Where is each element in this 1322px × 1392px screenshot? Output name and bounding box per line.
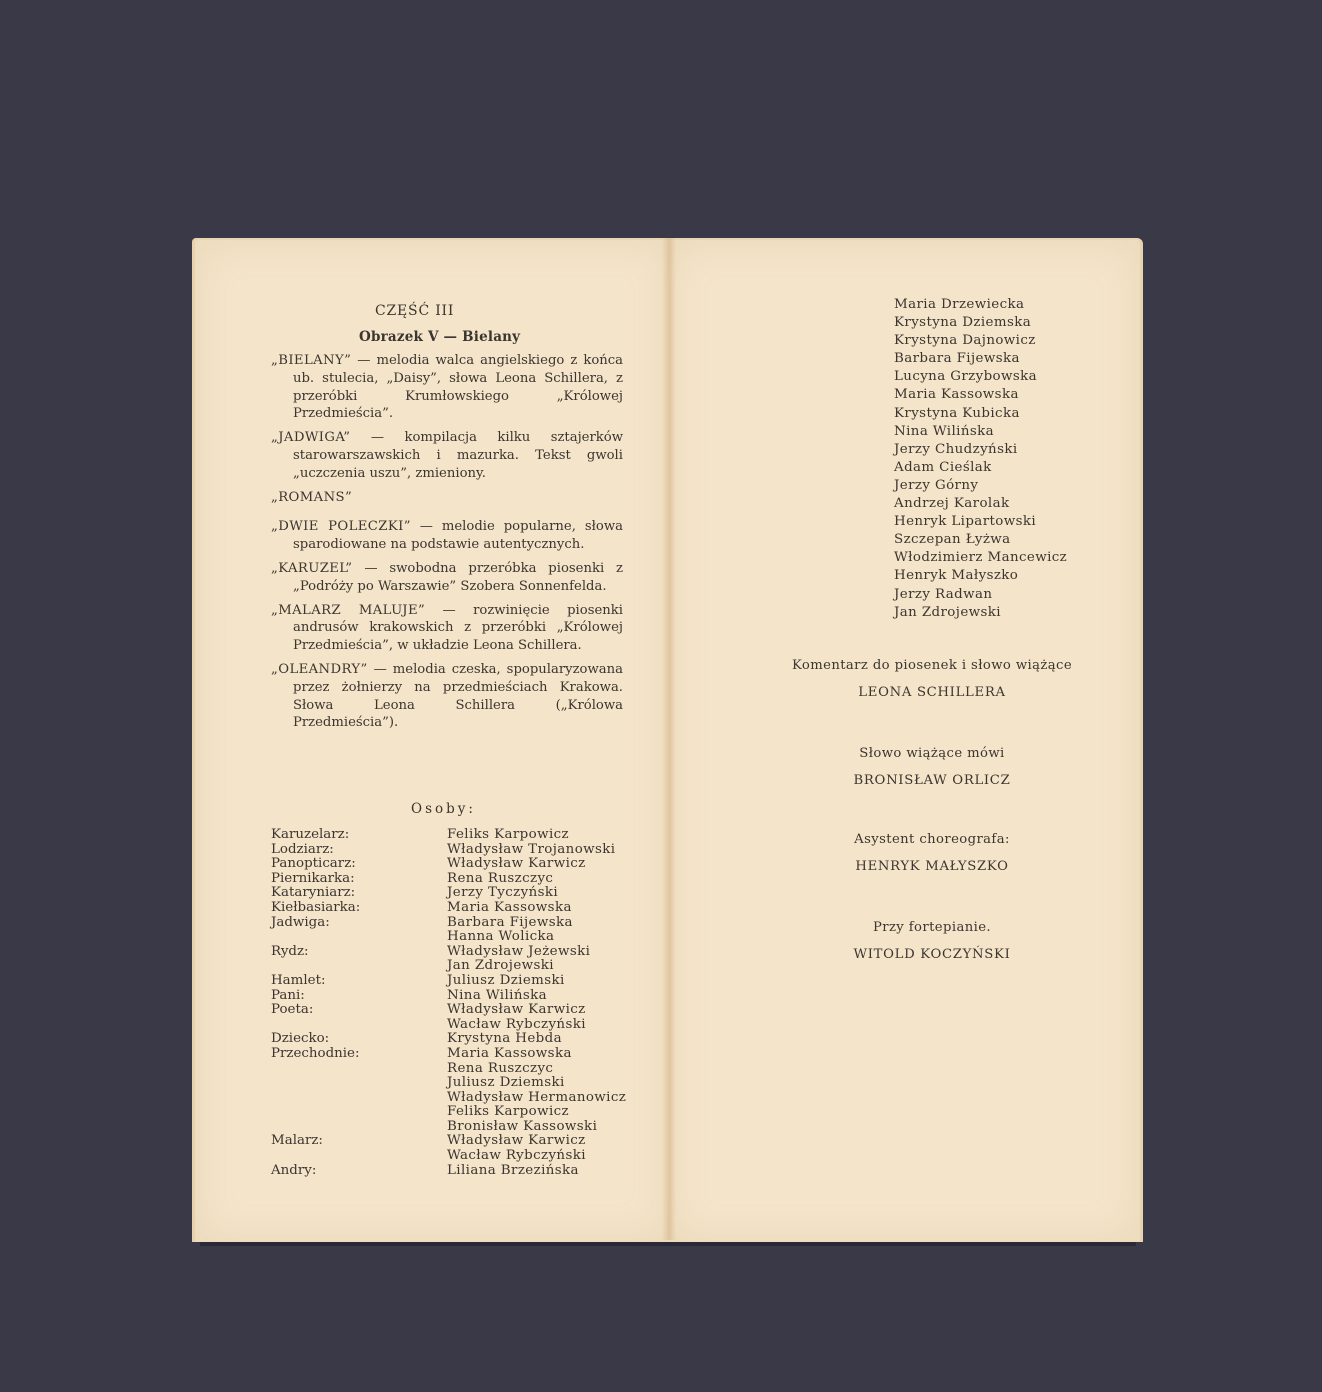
- cast-actor: Krystyna Hebda: [447, 1032, 651, 1047]
- cast-list: Karuzelarz:Feliks KarpowiczLodziarz:Wład…: [271, 828, 651, 1178]
- ensemble-member: Andrzej Karolak: [894, 495, 1067, 513]
- cast-row: Bronisław Kassowski: [271, 1120, 651, 1135]
- cast-actor: Władysław Karwicz: [447, 1003, 651, 1018]
- cast-row: Malarz:Władysław Karwicz: [271, 1134, 651, 1149]
- cast-actor: Rena Ruszczyc: [447, 872, 651, 887]
- ensemble-member: Krystyna Dziemska: [894, 314, 1067, 332]
- cast-actor: Juliusz Dziemski: [447, 1076, 651, 1091]
- credit-commentary: Komentarz do piosenek i słowo wiążące LE…: [732, 658, 1132, 700]
- ensemble-member: Lucyna Grzybowska: [894, 368, 1067, 386]
- ensemble-member: Nina Wilińska: [894, 423, 1067, 441]
- cast-actor: Bronisław Kassowski: [447, 1120, 651, 1135]
- cast-row: Poeta:Władysław Karwicz: [271, 1003, 651, 1018]
- song-entry: „MALARZ MALUJE” — rozwinięcie piosenki a…: [271, 602, 623, 655]
- cast-role: Rydz:: [271, 945, 447, 960]
- cast-role: [271, 1105, 447, 1120]
- cast-role: [271, 959, 447, 974]
- ensemble-member: Henryk Lipartowski: [894, 513, 1067, 531]
- cast-row: Rydz:Władysław Jeżewski: [271, 945, 651, 960]
- song-entry: „DWIE POLECZKI” — melodie popularne, sło…: [271, 518, 623, 554]
- song-entry: „BIELANY” — melodia walca angielskiego z…: [271, 352, 623, 423]
- cast-role: [271, 1149, 447, 1164]
- cast-heading: Osoby:: [411, 800, 476, 818]
- cast-role: Kataryniarz:: [271, 886, 447, 901]
- ensemble-member: Henryk Małyszko: [894, 567, 1067, 585]
- ensemble-member: Włodzimierz Mancewicz: [894, 549, 1067, 567]
- cast-actor: Feliks Karpowicz: [447, 1105, 651, 1120]
- cast-role: Jadwiga:: [271, 916, 447, 931]
- cast-row: Piernikarka:Rena Ruszczyc: [271, 872, 651, 887]
- cast-actor: Hanna Wolicka: [447, 930, 651, 945]
- cast-row: Wacław Rybczyński: [271, 1018, 651, 1033]
- song-entry: „JADWIGA” — kompilacja kilku sztajerków …: [271, 429, 623, 482]
- cast-actor: Jan Zdrojewski: [447, 959, 651, 974]
- cast-actor: Władysław Karwicz: [447, 857, 651, 872]
- ensemble-member: Maria Kassowska: [894, 386, 1067, 404]
- ensemble-member: Krystyna Kubicka: [894, 405, 1067, 423]
- cast-role: Pani:: [271, 989, 447, 1004]
- ensemble-member: Krystyna Dajnowicz: [894, 332, 1067, 350]
- cast-actor: Władysław Jeżewski: [447, 945, 651, 960]
- cast-row: Przechodnie:Maria Kassowska: [271, 1047, 651, 1062]
- cast-role: Andry:: [271, 1164, 447, 1179]
- left-page: CZĘŚĆ III Obrazek V — Bielany „BIELANY” …: [192, 238, 671, 1242]
- ensemble-list: Maria DrzewieckaKrystyna DziemskaKrystyn…: [894, 296, 1067, 622]
- cast-role: Lodziarz:: [271, 843, 447, 858]
- cast-actor: Jerzy Tyczyński: [447, 886, 651, 901]
- cast-actor: Wacław Rybczyński: [447, 1149, 651, 1164]
- ensemble-member: Jerzy Górny: [894, 477, 1067, 495]
- cast-role: Karuzelarz:: [271, 828, 447, 843]
- credit-choreography-assistant: Asystent choreografa: HENRYK MAŁYSZKO: [732, 832, 1132, 874]
- cast-row: Jan Zdrojewski: [271, 959, 651, 974]
- cast-actor: Feliks Karpowicz: [447, 828, 651, 843]
- cast-row: Władysław Hermanowicz: [271, 1091, 651, 1106]
- cast-role: [271, 1091, 447, 1106]
- cast-actor: Maria Kassowska: [447, 1047, 651, 1062]
- credit-narrator: Słowo wiążące mówi BRONISŁAW ORLICZ: [732, 746, 1132, 788]
- cast-role: Dziecko:: [271, 1032, 447, 1047]
- cast-row: Jadwiga:Barbara Fijewska: [271, 916, 651, 931]
- cast-row: Pani:Nina Wilińska: [271, 989, 651, 1004]
- credit-pianist: Przy fortepianie. WITOLD KOCZYŃSKI: [732, 920, 1132, 962]
- part-title: CZĘŚĆ III: [375, 302, 454, 320]
- song-entry: „OLEANDRY” — melodia czeska, spopularyzo…: [271, 661, 623, 732]
- cast-actor: Władysław Trojanowski: [447, 843, 651, 858]
- cast-role: Hamlet:: [271, 974, 447, 989]
- cast-row: Hamlet:Juliusz Dziemski: [271, 974, 651, 989]
- ensemble-member: Szczepan Łyżwa: [894, 531, 1067, 549]
- cast-actor: Władysław Karwicz: [447, 1134, 651, 1149]
- cast-row: Andry:Liliana Brzezińska: [271, 1164, 651, 1179]
- cast-row: Karuzelarz:Feliks Karpowicz: [271, 828, 651, 843]
- cast-actor: Juliusz Dziemski: [447, 974, 651, 989]
- ensemble-member: Adam Cieślak: [894, 459, 1067, 477]
- song-list: „BIELANY” — melodia walca angielskiego z…: [271, 352, 623, 738]
- song-entry: „KARUZEL” — swobodna przeróbka piosenki …: [271, 560, 623, 596]
- cast-row: Kataryniarz:Jerzy Tyczyński: [271, 886, 651, 901]
- cast-role: Przechodnie:: [271, 1047, 447, 1062]
- ensemble-member: Jerzy Chudzyński: [894, 441, 1067, 459]
- cast-actor: Barbara Fijewska: [447, 916, 651, 931]
- cast-role: Piernikarka:: [271, 872, 447, 887]
- program-booklet: CZĘŚĆ III Obrazek V — Bielany „BIELANY” …: [192, 238, 1140, 1240]
- cast-row: Panopticarz:Władysław Karwicz: [271, 857, 651, 872]
- ensemble-member: Maria Drzewiecka: [894, 296, 1067, 314]
- booklet-spine: [662, 238, 676, 1240]
- cast-role: Poeta:: [271, 1003, 447, 1018]
- ensemble-member: Jerzy Radwan: [894, 586, 1067, 604]
- cast-row: Feliks Karpowicz: [271, 1105, 651, 1120]
- cast-row: Juliusz Dziemski: [271, 1076, 651, 1091]
- song-entry: „ROMANS”: [271, 489, 623, 507]
- cast-role: Panopticarz:: [271, 857, 447, 872]
- cast-row: Kiełbasiarka:Maria Kassowska: [271, 901, 651, 916]
- cast-role: [271, 1120, 447, 1135]
- cast-actor: Nina Wilińska: [447, 989, 651, 1004]
- cast-row: Hanna Wolicka: [271, 930, 651, 945]
- scene-title: Obrazek V — Bielany: [359, 328, 520, 346]
- ensemble-member: Jan Zdrojewski: [894, 604, 1067, 622]
- cast-role: [271, 1076, 447, 1091]
- cast-actor: Rena Ruszczyc: [447, 1062, 651, 1077]
- cast-role: [271, 930, 447, 945]
- cast-role: [271, 1062, 447, 1077]
- cast-row: Dziecko:Krystyna Hebda: [271, 1032, 651, 1047]
- cast-role: Malarz:: [271, 1134, 447, 1149]
- cast-row: Wacław Rybczyński: [271, 1149, 651, 1164]
- cast-role: Kiełbasiarka:: [271, 901, 447, 916]
- cast-actor: Wacław Rybczyński: [447, 1018, 651, 1033]
- cast-row: Rena Ruszczyc: [271, 1062, 651, 1077]
- ensemble-member: Barbara Fijewska: [894, 350, 1067, 368]
- cast-row: Lodziarz:Władysław Trojanowski: [271, 843, 651, 858]
- cast-role: [271, 1018, 447, 1033]
- cast-actor: Władysław Hermanowicz: [447, 1091, 651, 1106]
- cast-actor: Liliana Brzezińska: [447, 1164, 651, 1179]
- cast-actor: Maria Kassowska: [447, 901, 651, 916]
